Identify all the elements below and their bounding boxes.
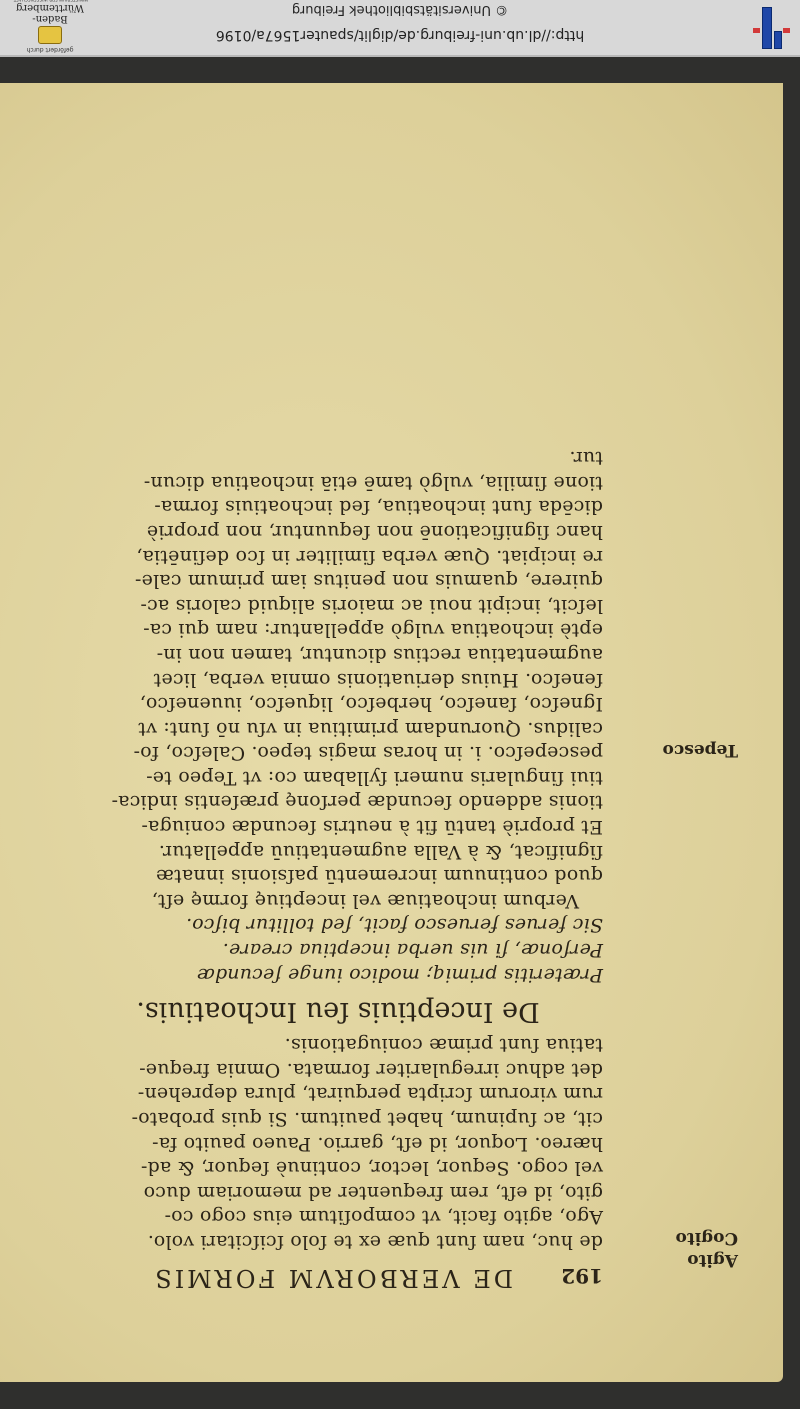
- text-line: ſignificat, & à Valla augmentatiuū appel…: [33, 839, 603, 864]
- text-line: tur.: [33, 446, 603, 471]
- text-line: hanc ſignificationē non ſequuntur, non p…: [33, 519, 603, 544]
- ministry-name: MINISTERIUM FÜR WISSENSCHAFT, FORSCHUNG …: [0, 0, 100, 2]
- verse-line: Sic ferues feruesco facit, ſed tollitur …: [33, 913, 603, 938]
- text-line: cit, ac ſupinum, habet pauitum. Si quis …: [33, 1106, 603, 1131]
- text-line: quirere, quamuis non penitus iam primum …: [33, 569, 603, 594]
- text-line: leſcit, incipit noui ac maioris aliquid …: [33, 593, 603, 618]
- text-line: hæreo. Loquor, id eſt, garrio. Paueo pau…: [33, 1131, 603, 1156]
- coat-of-arms-icon: [38, 26, 62, 44]
- state-name: Baden-Württemberg: [0, 2, 100, 24]
- text-line: calidus. Quorundam primitiua in vſu nō ſ…: [33, 716, 603, 741]
- ub-freiburg-logo-icon[interactable]: [746, 3, 790, 49]
- funded-by-label: gefördert durch: [0, 46, 100, 53]
- text-line: Et propriè tantū fit à neutris ſecundæ c…: [33, 815, 603, 840]
- permalink-url[interactable]: http://dl.ub.uni-freiburg.de/diglit/spau…: [190, 27, 610, 43]
- section-heading: De Inceptiuis ſeu Inchoatiuis.: [33, 991, 603, 1031]
- copyright-notice: © Universitätsbibliothek Freiburg: [255, 2, 545, 17]
- text-line: augmentatiua rectius dicuntur, tamen non…: [33, 642, 603, 667]
- text-line: Verbum inchoatiuæ vel inceptiuę formę eſ…: [33, 888, 603, 913]
- margin-note-tepesco: Tepesco: [663, 740, 738, 760]
- text-line: eptè inchoatiua vulgò appellantur: nam q…: [33, 618, 603, 643]
- text-line: re incipiat. Quæ verba ſimiliter in ſco …: [33, 544, 603, 569]
- text-line: de huc, nam ſunt quæ ex te ſolo ſciſcita…: [33, 1229, 603, 1254]
- text-line: tiui ſingularis numeri ſyllabam co: vt T…: [33, 765, 603, 790]
- viewer-header: http://dl.ub.uni-freiburg.de/diglit/spau…: [0, 0, 800, 57]
- text-line: quod continuum incrementū paſsionis inna…: [33, 864, 603, 889]
- text-line: Igneſco, ſaneſco, herbeſco, liqueſco, iu…: [33, 692, 603, 717]
- header-rotated-content: http://dl.ub.uni-freiburg.de/diglit/spau…: [0, 0, 800, 55]
- text-line: tatiua ſunt primæ coniugationis.: [33, 1033, 603, 1058]
- text-line: Ago, agito facit, vt compoſitum eius cog…: [33, 1205, 603, 1230]
- text-line: gito, id eſt, rem frequenter ad memoriam…: [33, 1180, 603, 1205]
- text-line: tione ſimilia, vulgò tamē etiā inchoatiu…: [33, 470, 603, 495]
- verse-line: Perſonæ, ſi uis uerba inceptiua creare.: [33, 937, 603, 962]
- page-rotated: Agito Cogito Tepesco 192 DE VERBORVM FOR…: [0, 83, 783, 1382]
- text-line: pescepeſco. i. in horas magis tepeo. Cal…: [33, 741, 603, 766]
- margin-note-agito: Agito: [687, 1250, 738, 1270]
- running-head-title: DE VERBORVM FORMIS: [152, 1264, 513, 1292]
- text-block: 192 DE VERBORVM FORMIS de huc, nam ſunt …: [33, 446, 603, 1294]
- verse-line: Præteritis primiq; modico iunge ſecundæ: [33, 962, 603, 987]
- text-line: dicēda ſunt inchoatiua, ſed inchoatiuis …: [33, 495, 603, 520]
- text-line: det adhuc irregulariter formata. Omnia f…: [33, 1057, 603, 1082]
- scanned-page: Agito Cogito Tepesco 192 DE VERBORVM FOR…: [0, 83, 783, 1382]
- verse-block: Præteritis primiq; modico iunge ſecundæ …: [33, 913, 603, 987]
- text-line: ſeneſco. Huius deriuationis omnia verba,…: [33, 667, 603, 692]
- text-line: rum virorum ſcripta perquirat, plura dep…: [33, 1082, 603, 1107]
- text-line: vel cogo. Sequor, lector, continuè ſequo…: [33, 1156, 603, 1181]
- margin-note-cogito: Cogito: [676, 1228, 738, 1248]
- page-number: 192: [561, 1264, 603, 1288]
- running-head: 192 DE VERBORVM FORMIS: [33, 1254, 603, 1294]
- text-line: tionis addendo ſecundæ perſonę præſentis…: [33, 790, 603, 815]
- sponsor-logo: gefördert durch Baden-Württemberg MINIST…: [0, 1, 100, 53]
